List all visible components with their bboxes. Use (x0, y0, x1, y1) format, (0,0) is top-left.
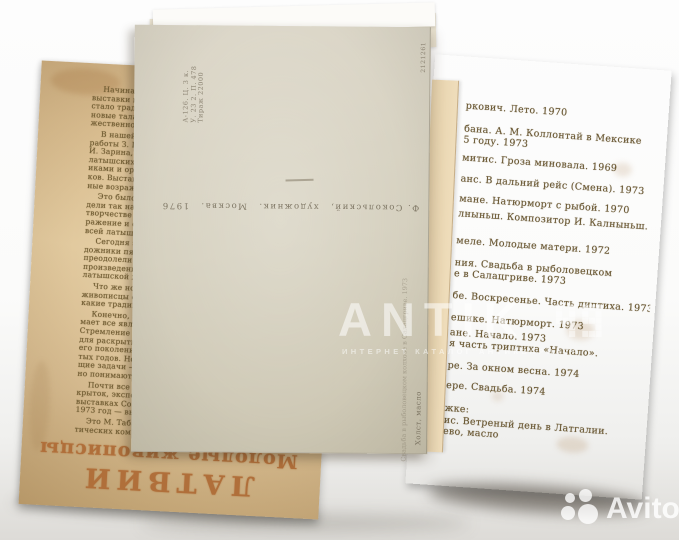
painting-entry-line: ре. За окном весна. 1974 (447, 360, 645, 385)
avito-watermark: Avito (558, 486, 679, 536)
postcard-imprint: А-126. Ц. 3 к.У. 23 2. П. 478Тираж 22000 (183, 28, 226, 123)
painting-entry: ния. Свадьба в рыболовецкоме в Салацгрив… (454, 257, 653, 293)
crease-mark (286, 179, 314, 181)
postcard-serial-number: 2121261 (420, 35, 429, 73)
painting-entry-line: анс. В дальний рейс (Смена). 1973 (460, 173, 658, 198)
painting-entry: ере. Свадьба. 1974 (446, 380, 644, 405)
painting-entry-line: ркович. Лето. 1970 (465, 101, 663, 126)
postcard-credit-line-flipped: Ф. Сокольский, художник. Москва. 1976 (161, 197, 419, 212)
credit-city: Москва. (200, 197, 247, 210)
paintings-list: ркович. Лето. 1970 бана. А. М. Коллонтай… (443, 101, 664, 451)
avito-logo-dot (561, 506, 575, 520)
painting-entry: ре. За окном весна. 1974 (447, 360, 645, 385)
avito-logo-icon (558, 486, 604, 530)
postcard-caption-medium: Холст, масло (414, 350, 424, 445)
postcard-back: А-126. Ц. 3 к.У. 23 2. П. 478Тираж 22000… (131, 25, 431, 455)
listing-photo: Начинаявыставки простало традицновые тал… (0, 0, 679, 540)
painting-entry: ркович. Лето. 1970 (465, 101, 663, 126)
imprint-line: Тираж 22000 (198, 28, 206, 123)
avito-logo-dot (578, 504, 598, 524)
painting-entry-line: ере. Свадьба. 1974 (446, 380, 644, 405)
credit-year: 1976 (161, 197, 189, 210)
avito-logo-dot (579, 489, 592, 502)
painting-entry-line: меле. Молодые матери. 1972 (456, 235, 654, 260)
avito-watermark-text: Avito (606, 492, 679, 526)
credit-role: художник. (258, 198, 319, 212)
antik-watermark-subtitle: ИНТЕРНЕТ КАТАЛОГ АНТИКВАРИАТА (342, 347, 581, 356)
painting-entry: анс. В дальний рейс (Смена). 1973 (460, 173, 658, 198)
antik-watermark-text: ANTIK (338, 292, 527, 347)
antik-pixel-logo-icon (556, 299, 602, 343)
avito-logo-dot (565, 493, 575, 503)
credit-artist: Ф. Сокольский, (330, 198, 420, 212)
painting-entry: меле. Молодые матери. 1972 (456, 235, 654, 260)
